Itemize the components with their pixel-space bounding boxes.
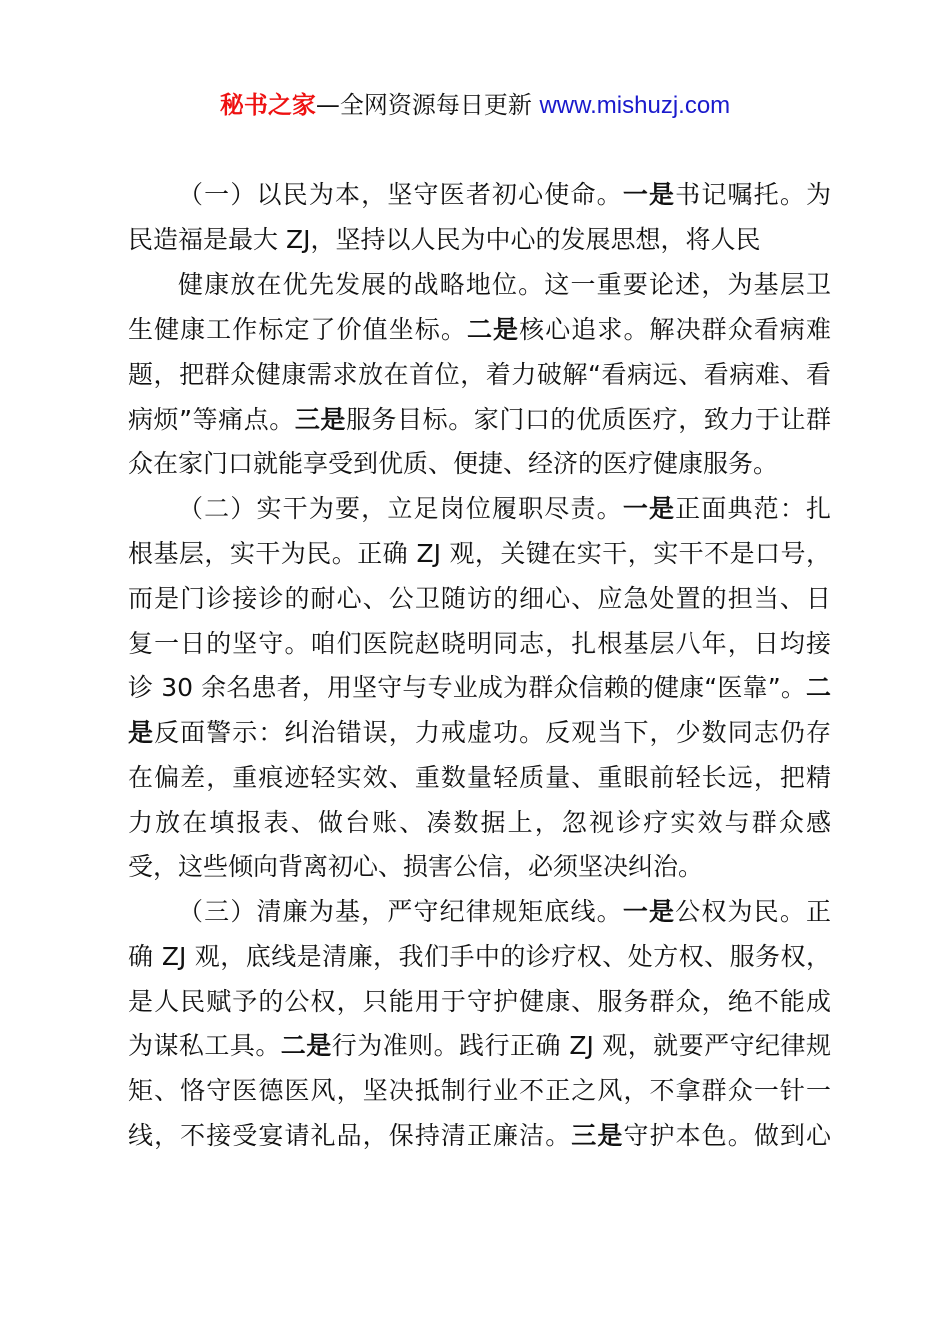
bold-marker: 是 [128,718,154,747]
text-segment: （一）以民为本，坚守医者初心使命。 [178,180,623,209]
text-line: （一）以民为本，坚守医者初心使命。一是书记嘱托。为 [178,180,831,210]
text-segment: 诊 30 余名患者，用坚守与专业成为群众信赖的健康“医靠”。 [128,673,806,702]
text-segment: 服务目标。家门口的优质医疗，致力于让群 [346,405,831,434]
bold-marker: 三是 [571,1121,623,1150]
text-line: 确 ZJ 观，底线是清廉，我们手中的诊疗权、处方权、服务权， [128,942,831,972]
bold-marker: 一是 [623,494,675,523]
text-segment: 线，不接受宴请礼品，保持清正廉洁。 [128,1121,571,1150]
text-segment: 公权为民。正 [675,897,831,926]
text-segment: 众在家门口就能享受到优质、便捷、经济的医疗健康服务。 [128,449,778,478]
text-segment: 守护本色。做到心 [623,1121,831,1150]
text-line: 诊 30 余名患者，用坚守与专业成为群众信赖的健康“医靠”。二 [128,673,831,703]
text-segment: 健康放在优先发展的战略地位。这一重要论述，为基层卫 [178,270,831,299]
text-line: 是反面警示：纠治错误，力戒虚功。反观当下，少数同志仍存 [128,718,831,748]
text-segment: 力放在填报表、做台账、凑数据上，忽视诊疗实效与群众感 [128,808,831,837]
text-segment: 题，把群众健康需求放在首位，着力破解“看病远、看病难、看 [128,360,831,389]
bold-marker: 一是 [623,897,675,926]
text-line: 复一日的坚守。咱们医院赵晓明同志，扎根基层八年，日均接 [128,629,831,659]
text-line: 在偏差，重痕迹轻实效、重数量轻质量、重眼前轻长远，把精 [128,763,831,793]
text-line: 病烦”等痛点。三是服务目标。家门口的优质医疗，致力于让群 [128,405,831,435]
text-segment: 核心追求。解决群众看病难 [519,315,831,344]
text-segment: 正面典范：扎 [675,494,831,523]
text-segment: 复一日的坚守。咱们医院赵晓明同志，扎根基层八年，日均接 [128,629,831,658]
bold-marker: 二是 [467,315,519,344]
text-line: 为谋私工具。二是行为准则。践行正确 ZJ 观，就要严守纪律规 [128,1031,831,1061]
text-line: 题，把群众健康需求放在首位，着力破解“看病远、看病难、看 [128,360,831,390]
text-segment: 矩、恪守医德医风，坚决抵制行业不正之风，不拿群众一针一 [128,1076,831,1105]
bold-marker: 一是 [623,180,675,209]
text-line: （二）实干为要，立足岗位履职尽责。一是正面典范：扎 [178,494,831,524]
text-segment: （二）实干为要，立足岗位履职尽责。 [178,494,623,523]
text-line: 众在家门口就能享受到优质、便捷、经济的医疗健康服务。 [128,449,831,479]
text-segment: 生健康工作标定了价值坐标。 [128,315,467,344]
text-segment: 根基层，实干为民。正确 ZJ 观，关键在实干，实干不是口号， [128,539,831,568]
text-line: 健康放在优先发展的战略地位。这一重要论述，为基层卫 [178,270,831,300]
text-segment: 受，这些倾向背离初心、损害公信，必须坚决纠治。 [128,852,703,881]
text-line: 是人民赋予的公权，只能用于守护健康、服务群众，绝不能成 [128,987,831,1017]
bold-marker: 二 [806,673,831,702]
text-segment: 为谋私工具。 [128,1031,281,1060]
text-line: 而是门诊接诊的耐心、公卫随访的细心、应急处置的担当、日 [128,584,831,614]
bold-marker: 二是 [281,1031,332,1060]
text-segment: 行为准则。践行正确 ZJ 观，就要严守纪律规 [332,1031,831,1060]
text-line: （三）清廉为基，严守纪律规矩底线。一是公权为民。正 [178,897,831,927]
text-segment: 书记嘱托。为 [675,180,831,209]
text-line: 受，这些倾向背离初心、损害公信，必须坚决纠治。 [128,852,831,882]
text-line: 矩、恪守医德医风，坚决抵制行业不正之风，不拿群众一针一 [128,1076,831,1106]
text-segment: 民造福是最大 ZJ，坚持以人民为中心的发展思想，将人民 [128,225,760,254]
brand-name: 秘书之家 [220,91,316,119]
text-line: 生健康工作标定了价值坐标。二是核心追求。解决群众看病难 [128,315,831,345]
text-segment: 是人民赋予的公权，只能用于守护健康、服务群众，绝不能成 [128,987,831,1016]
site-url-link[interactable]: www.mishuzj.com [539,92,730,119]
text-line: 线，不接受宴请礼品，保持清正廉洁。三是守护本色。做到心 [128,1121,831,1151]
text-segment: 反面警示：纠治错误，力戒虚功。反观当下，少数同志仍存 [154,718,831,747]
text-line: 力放在填报表、做台账、凑数据上，忽视诊疗实效与群众感 [128,808,831,838]
text-line: 根基层，实干为民。正确 ZJ 观，关键在实干，实干不是口号， [128,539,831,569]
text-segment: 病烦”等痛点。 [128,405,295,434]
header-tagline: —全网资源每日更新 [316,91,532,119]
text-segment: 确 ZJ 观，底线是清廉，我们手中的诊疗权、处方权、服务权， [128,942,831,971]
text-segment: 在偏差，重痕迹轻实效、重数量轻质量、重眼前轻长远，把精 [128,763,831,792]
text-line: 民造福是最大 ZJ，坚持以人民为中心的发展思想，将人民 [128,225,831,255]
text-segment: 而是门诊接诊的耐心、公卫随访的细心、应急处置的担当、日 [128,584,831,613]
bold-marker: 三是 [295,405,346,434]
text-segment: （三）清廉为基，严守纪律规矩底线。 [178,897,623,926]
site-header: 秘书之家—全网资源每日更新 www.mishuzj.com [0,88,950,123]
